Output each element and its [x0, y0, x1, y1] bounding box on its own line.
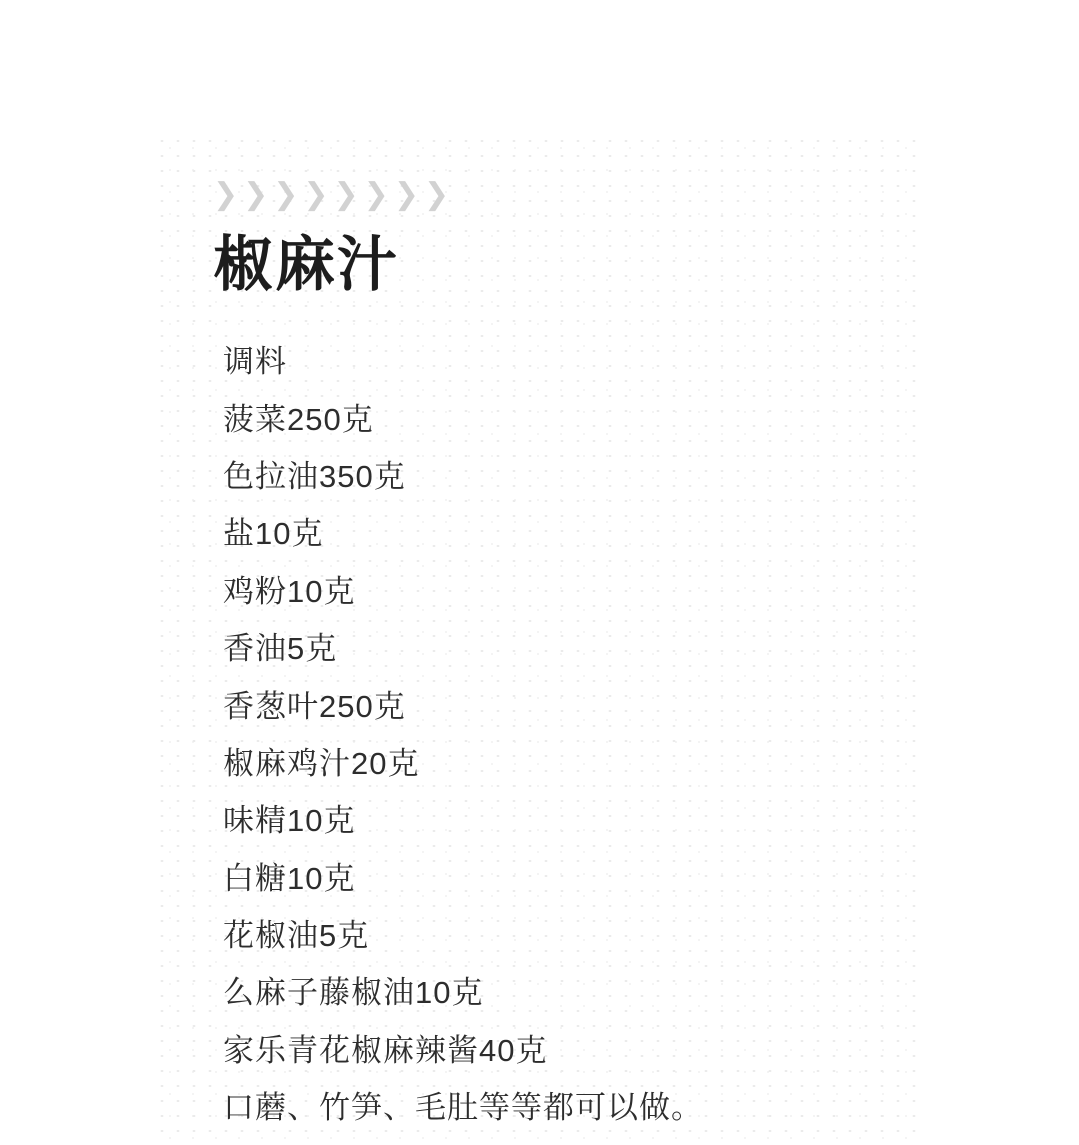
recipe-content: ❯❯❯❯❯❯❯❯ 椒麻汁 调料菠菜250克色拉油350克盐10克鸡粉10克香油5… [213, 178, 933, 1133]
ingredient-line: 椒麻鸡汁20克 [223, 732, 933, 789]
ingredient-line: 色拉油350克 [223, 445, 933, 502]
ingredient-list: 调料菠菜250克色拉油350克盐10克鸡粉10克香油5克香葱叶250克椒麻鸡汁2… [223, 330, 933, 1133]
ingredient-line: 口蘑、竹笋、毛肚等等都可以做。 [223, 1076, 933, 1133]
ingredient-line: 么麻子藤椒油10克 [223, 961, 933, 1018]
ingredient-line: 盐10克 [223, 502, 933, 559]
ingredient-line: 菠菜250克 [223, 387, 933, 444]
ingredient-line: 香葱叶250克 [223, 674, 933, 731]
ingredient-line: 味精10克 [223, 789, 933, 846]
ingredient-line: 香油5克 [223, 617, 933, 674]
ingredient-line: 白糖10克 [223, 847, 933, 904]
chevron-decoration-icon: ❯❯❯❯❯❯❯❯ [213, 178, 933, 212]
page-title: 椒麻汁 [213, 234, 933, 296]
ingredient-line: 花椒油5克 [223, 904, 933, 961]
recipe-page: ❯❯❯❯❯❯❯❯ 椒麻汁 调料菠菜250克色拉油350克盐10克鸡粉10克香油5… [0, 0, 1079, 1145]
ingredient-line: 鸡粉10克 [223, 560, 933, 617]
ingredient-line: 家乐青花椒麻辣酱40克 [223, 1019, 933, 1076]
ingredient-line: 调料 [223, 330, 933, 387]
